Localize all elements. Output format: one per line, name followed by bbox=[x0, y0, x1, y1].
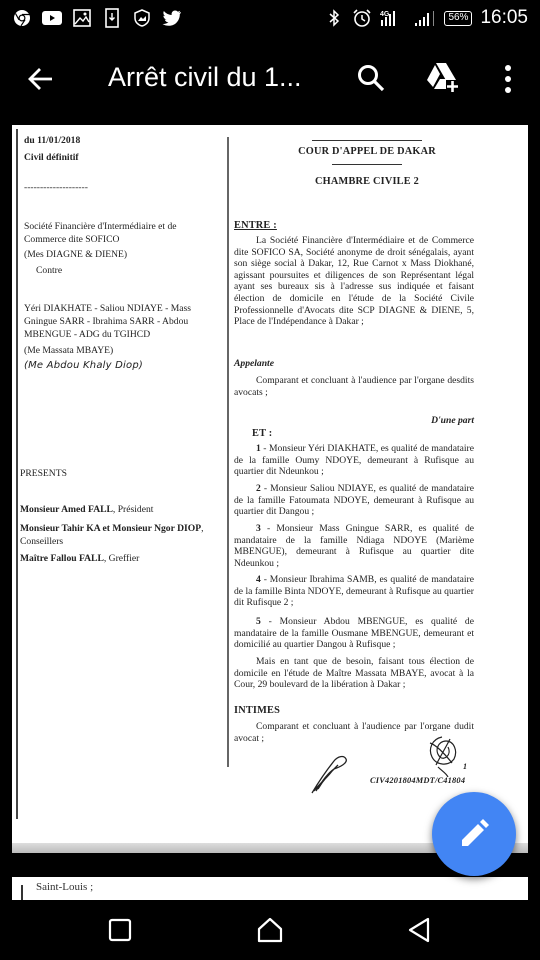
search-button[interactable] bbox=[355, 62, 387, 94]
party-1: 1 - Monsieur Yéri DIAKHATE, es qualité d… bbox=[234, 443, 474, 478]
document-page[interactable]: du 11/01/2018 Civil définitif ----------… bbox=[12, 125, 528, 853]
court-name: COUR D'APPEL DE DAKAR bbox=[262, 146, 472, 158]
svg-text:4G: 4G bbox=[380, 11, 390, 18]
signature-left bbox=[308, 753, 352, 795]
signal-4g-icon: 4G bbox=[380, 9, 406, 27]
back-triangle-icon bbox=[404, 915, 434, 945]
party-5: 5 - Monsieur Abdou MBENGUE, es qualité d… bbox=[234, 616, 474, 651]
et-heading: ET : bbox=[252, 428, 492, 440]
system-nav-bar bbox=[0, 900, 540, 960]
add-to-drive-button[interactable] bbox=[424, 60, 460, 96]
appellant-counsel: (Mes DIAGNE & DIENE) bbox=[24, 248, 220, 261]
heading-rule-top bbox=[312, 140, 422, 141]
gallery-icon bbox=[72, 9, 92, 27]
clock: 16:05 bbox=[480, 7, 528, 29]
margin-rule bbox=[16, 129, 18, 819]
battery-indicator: 56% bbox=[444, 11, 472, 26]
president-line: Monsieur Amed FALL, Président bbox=[20, 503, 225, 516]
edit-pencil-icon bbox=[458, 818, 490, 850]
party-4: 4 - Monsieur Ibrahima SAMB, es qualité d… bbox=[234, 574, 474, 609]
system-indicators: 4G 56% 16:05 bbox=[324, 7, 528, 29]
election-text: Mais en tant que de besoin, faisant tous… bbox=[234, 656, 474, 691]
more-vert-icon bbox=[496, 62, 520, 96]
signature-right bbox=[424, 733, 460, 777]
conseillers-line: Monsieur Tahir KA et Monsieur Ngor DIOP,… bbox=[20, 522, 225, 548]
home-icon bbox=[255, 915, 285, 945]
recents-square-icon bbox=[105, 915, 135, 945]
intimes-heading: INTIMES bbox=[234, 705, 474, 717]
party-2: 2 - Monsieur Saliou NDIAYE, es qualité d… bbox=[234, 483, 474, 518]
more-options-button[interactable] bbox=[496, 62, 520, 96]
appelante-label: Appelante bbox=[234, 358, 474, 370]
party-3: 3 - Monsieur Mass Gningue SARR, es quali… bbox=[234, 523, 474, 569]
notification-icons bbox=[12, 9, 182, 27]
shield-icon bbox=[132, 9, 152, 27]
arrow-back-icon bbox=[26, 64, 56, 94]
add-to-drive-icon bbox=[424, 60, 460, 96]
chrome-icon bbox=[12, 9, 32, 27]
dune-part-label: D'une part bbox=[234, 415, 474, 427]
alarm-icon bbox=[352, 9, 372, 27]
document-reference: CIV4201804MDT/C41804 bbox=[370, 776, 465, 785]
heading-rule-mid bbox=[332, 164, 402, 165]
recents-button[interactable] bbox=[105, 915, 135, 945]
decision-date: du 11/01/2018 bbox=[24, 134, 220, 147]
status-bar: 4G 56% 16:05 bbox=[0, 0, 540, 36]
home-button[interactable] bbox=[255, 915, 285, 945]
app-bar: Arrêt civil du 1... bbox=[0, 44, 540, 114]
decision-type: Civil définitif bbox=[24, 151, 220, 164]
bluetooth-icon bbox=[324, 9, 344, 27]
contre-label: Contre bbox=[36, 264, 232, 277]
entre-text: La Société Financière d'Intermédiaire et… bbox=[234, 235, 474, 328]
search-icon bbox=[355, 62, 387, 94]
margin-rule bbox=[21, 885, 23, 901]
next-page-text: Saint-Louis ; bbox=[36, 881, 93, 893]
appelante-text: Comparant et concluant à l'audience par … bbox=[234, 375, 474, 398]
chamber-name: CHAMBRE CIVILE 2 bbox=[262, 176, 472, 188]
entre-heading: ENTRE : bbox=[234, 220, 474, 232]
handwritten-annotation: (Me Abdou Khaly Diop) bbox=[24, 359, 220, 372]
document-title: Arrêt civil du 1... bbox=[108, 62, 302, 93]
page-number: 1 bbox=[463, 762, 467, 771]
twitter-icon bbox=[162, 9, 182, 27]
column-divider bbox=[227, 137, 229, 767]
presents-heading: PRESENTS bbox=[20, 467, 216, 480]
appellant-party: Société Financière d'Intermédiaire et de… bbox=[24, 220, 220, 246]
back-nav-button[interactable] bbox=[404, 915, 434, 945]
separator-dashes: -------------------- bbox=[24, 181, 220, 194]
edit-fab-button[interactable] bbox=[432, 792, 516, 876]
greffier-line: Maître Fallou FALL, Greffier bbox=[20, 552, 225, 565]
download-icon bbox=[102, 9, 122, 27]
respondent-counsel: (Me Massata MBAYE) bbox=[24, 344, 220, 357]
signal-icon bbox=[414, 9, 436, 27]
youtube-icon bbox=[42, 9, 62, 27]
back-button[interactable] bbox=[26, 64, 56, 94]
document-page-2[interactable]: Saint-Louis ; bbox=[12, 877, 528, 901]
respondent-parties: Yéri DIAKHATE - Saliou NDIAYE - Mass Gni… bbox=[24, 302, 220, 341]
